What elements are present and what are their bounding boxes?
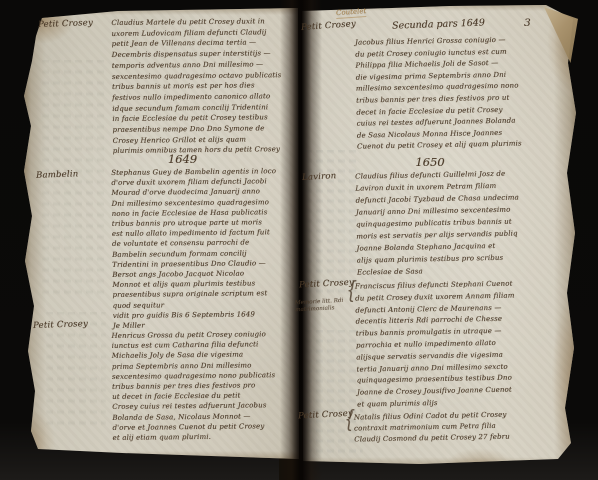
register-entry: Stephanus Guey de Bambelin agentis in lo…: [111, 166, 278, 331]
year-heading: 1649: [145, 152, 220, 166]
margin-note: Memorie litt. Rdi matrimonialis: [295, 298, 344, 315]
register-entry: Natalis filius Odini Cadot du petit Cros…: [354, 410, 510, 447]
margin-place-label: Laviron: [302, 171, 337, 183]
register-entry: Henricus Grossa du petit Crosey coniugio…: [111, 329, 275, 443]
register-entry: Jacobus filius Henrici Grossa coniugio —…: [355, 34, 522, 153]
margin-place-label: Petit Crosey: [38, 18, 93, 30]
archival-inscription: Coutelet: [336, 7, 367, 19]
register-entry: Claudius filius defuncti Guillelmi Josz …: [355, 167, 520, 278]
year-heading: 1650: [395, 155, 465, 169]
folio-number: 3: [524, 17, 531, 29]
manuscript-scan: Petit Crosey Claudius Martele du petit C…: [0, 0, 598, 480]
register-entry: Franciscus filius defuncti Stephani Cuen…: [355, 278, 517, 411]
margin-place-label: Petit Crosey: [33, 319, 88, 331]
margin-place-label: Bambelin: [36, 169, 79, 180]
register-entry: Claudius Martele du petit Crosey duxit i…: [111, 16, 282, 157]
